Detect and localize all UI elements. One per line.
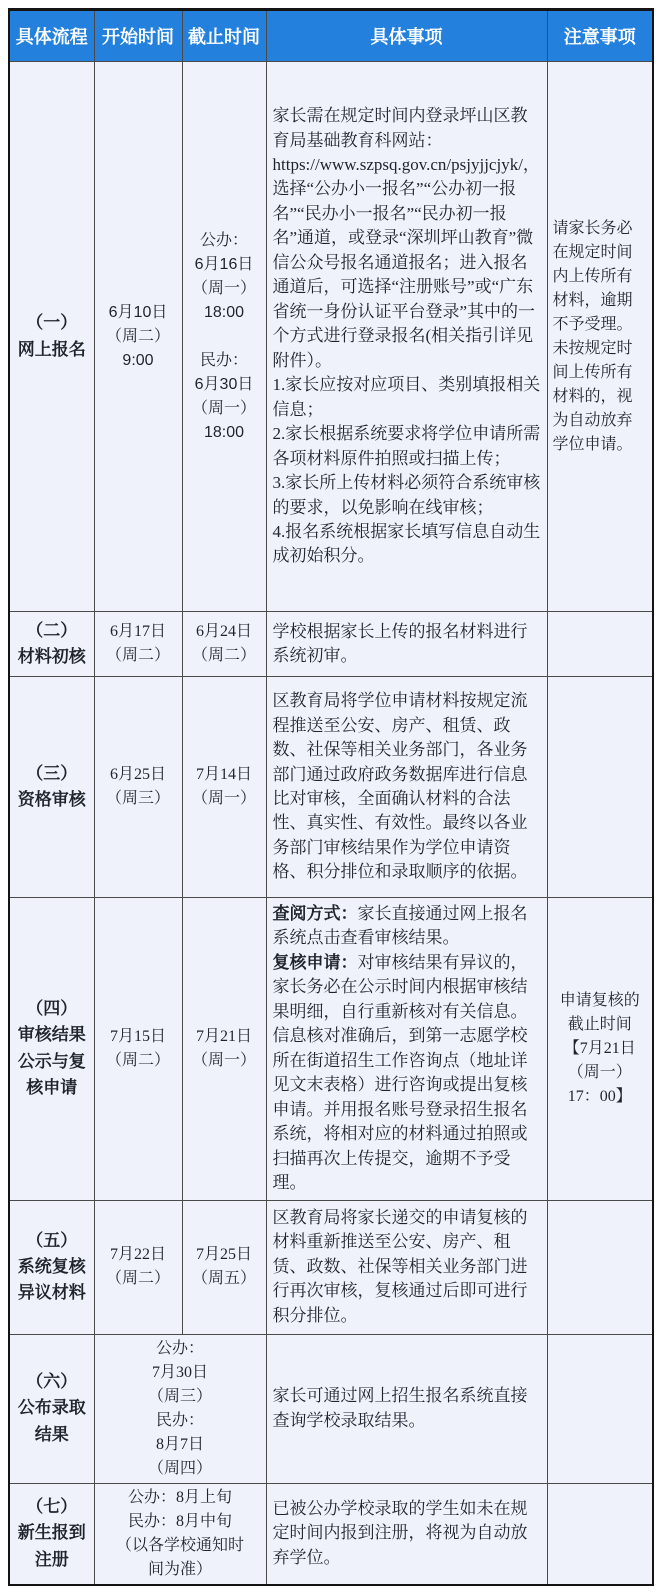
detail-cell: 已被公办学校录取的学生如未在规定时间内报到注册，将视为自动放弃学位。 bbox=[266, 1483, 547, 1585]
detail-lead-label: 查阅方式： bbox=[273, 904, 358, 923]
table-row: （六） 公布录取 结果 公办： 7月30日 （周三） 民办： 8月7日 （周四）… bbox=[9, 1334, 653, 1483]
detail-paragraph: 复核申请：对审核结果有异议的，家长务必在公示时间内根据审核结果明细，自行重新核对… bbox=[273, 951, 541, 1196]
detail-paragraph: 学校根据家长上传的报名材料进行系统初审。 bbox=[273, 620, 541, 669]
end-time-cell: 7月25日 （周五） bbox=[182, 1200, 266, 1334]
end-time-cell: 7月21日 （周一） bbox=[182, 898, 266, 1201]
process-cell: （三） 资格审核 bbox=[9, 677, 94, 898]
detail-paragraph: 区教育局将家长递交的申请复核的材料重新推送至公安、房产、租赁、政数、社保等相关业… bbox=[273, 1206, 541, 1328]
start-time-cell: 7月22日 （周二） bbox=[94, 1200, 182, 1334]
table-row: （一） 网上报名 6月10日 （周二） 9:00 公办： 6月16日 （周一） … bbox=[9, 62, 653, 612]
process-cell: （七） 新生报到 注册 bbox=[9, 1483, 94, 1585]
note-cell: 请家长务必在规定时间内上传所有材料，逾期不予受理。未按规定时间上传所有材料的，视… bbox=[547, 62, 653, 612]
note-cell bbox=[547, 1200, 653, 1334]
process-cell: （一） 网上报名 bbox=[9, 62, 94, 612]
header-cell-note: 注意事项 bbox=[547, 10, 653, 62]
header-cell-process: 具体流程 bbox=[9, 10, 94, 62]
detail-lead-label: 复核申请： bbox=[273, 953, 358, 972]
table-row: （七） 新生报到 注册 公办：8月上旬 民办：8月中旬 （以各学校通知时 间为准… bbox=[9, 1483, 653, 1585]
detail-cell: 家长需在规定时间内登录坪山区教育局基础教育科网站：https://www.szp… bbox=[266, 62, 547, 612]
merged-time-cell: 公办：8月上旬 民办：8月中旬 （以各学校通知时 间为准） bbox=[94, 1483, 266, 1585]
start-time-cell: 6月17日 （周二） bbox=[94, 612, 182, 677]
table-header-row: 具体流程 开始时间 截止时间 具体事项 注意事项 bbox=[9, 10, 653, 62]
table-row: （五） 系统复核 异议材料 7月22日 （周二） 7月25日 （周五） 区教育局… bbox=[9, 1200, 653, 1334]
table-row: （四） 审核结果 公示与复 核申请 7月15日 （周二） 7月21日 （周一） … bbox=[9, 898, 653, 1201]
detail-paragraph: 区教育局将学位申请材料按规定流程推送至公安、房产、租赁、政数、社保等相关业务部门… bbox=[273, 689, 541, 885]
start-time-cell: 7月15日 （周二） bbox=[94, 898, 182, 1201]
detail-paragraph: 4.报名系统根据家长填写信息自动生成初始积分。 bbox=[273, 520, 541, 569]
process-cell: （四） 审核结果 公示与复 核申请 bbox=[9, 898, 94, 1201]
detail-paragraph: 3.家长所上传材料必须符合系统审核的要求，以免影响在线审核； bbox=[273, 471, 541, 520]
detail-cell: 区教育局将家长递交的申请复核的材料重新推送至公安、房产、租赁、政数、社保等相关业… bbox=[266, 1200, 547, 1334]
process-cell: （五） 系统复核 异议材料 bbox=[9, 1200, 94, 1334]
page: 具体流程 开始时间 截止时间 具体事项 注意事项 （一） 网上报名 6月10日 … bbox=[0, 0, 660, 1594]
detail-paragraph: 已被公办学校录取的学生如未在规定时间内报到注册，将视为自动放弃学位。 bbox=[273, 1497, 541, 1570]
note-cell bbox=[547, 1483, 653, 1585]
detail-text: 对审核结果有异议的，家长务必在公示时间内根据审核结果明细，自行重新核对有关信息。… bbox=[273, 953, 528, 1192]
header-cell-detail: 具体事项 bbox=[266, 10, 547, 62]
header-cell-end-time: 截止时间 bbox=[182, 10, 266, 62]
detail-cell: 家长可通过网上招生报名系统直接查询学校录取结果。 bbox=[266, 1334, 547, 1483]
detail-cell: 学校根据家长上传的报名材料进行系统初审。 bbox=[266, 612, 547, 677]
process-cell: （二） 材料初核 bbox=[9, 612, 94, 677]
detail-paragraph: 2.家长根据系统要求将学位申请所需各项材料原件拍照或扫描上传； bbox=[273, 422, 541, 471]
enrollment-process-table: 具体流程 开始时间 截止时间 具体事项 注意事项 （一） 网上报名 6月10日 … bbox=[8, 8, 654, 1586]
note-cell bbox=[547, 677, 653, 898]
detail-cell: 区教育局将学位申请材料按规定流程推送至公安、房产、租赁、政数、社保等相关业务部门… bbox=[266, 677, 547, 898]
detail-paragraph: 家长可通过网上招生报名系统直接查询学校录取结果。 bbox=[273, 1384, 541, 1433]
end-time-cell: 公办： 6月16日 （周一） 18:00 民办： 6月30日 （周一） 18:0… bbox=[182, 62, 266, 612]
process-cell: （六） 公布录取 结果 bbox=[9, 1334, 94, 1483]
merged-time-cell: 公办： 7月30日 （周三） 民办： 8月7日 （周四） bbox=[94, 1334, 266, 1483]
table-row: （三） 资格审核 6月25日 （周三） 7月14日 （周一） 区教育局将学位申请… bbox=[9, 677, 653, 898]
detail-paragraph: 选择“公办小一报名”“公办初一报名”“民办小一报名”“民办初一报名”通道，或登录… bbox=[273, 177, 541, 373]
end-time-cell: 6月24日 （周二） bbox=[182, 612, 266, 677]
detail-paragraph: 家长需在规定时间内登录坪山区教育局基础教育科网站：https://www.szp… bbox=[273, 104, 541, 177]
detail-paragraph: 1.家长应按对应项目、类别填报相关信息； bbox=[273, 373, 541, 422]
start-time-cell: 6月10日 （周二） 9:00 bbox=[94, 62, 182, 612]
start-time-cell: 6月25日 （周三） bbox=[94, 677, 182, 898]
header-cell-start-time: 开始时间 bbox=[94, 10, 182, 62]
note-cell: 申请复核的 截止时间 【7月21日 （周一） 17：00】 bbox=[547, 898, 653, 1201]
note-cell bbox=[547, 612, 653, 677]
detail-paragraph: 查阅方式：家长直接通过网上报名系统点击查看审核结果。 bbox=[273, 902, 541, 951]
detail-cell: 查阅方式：家长直接通过网上报名系统点击查看审核结果。 复核申请：对审核结果有异议… bbox=[266, 898, 547, 1201]
note-cell bbox=[547, 1334, 653, 1483]
table-row: （二） 材料初核 6月17日 （周二） 6月24日 （周二） 学校根据家长上传的… bbox=[9, 612, 653, 677]
end-time-cell: 7月14日 （周一） bbox=[182, 677, 266, 898]
